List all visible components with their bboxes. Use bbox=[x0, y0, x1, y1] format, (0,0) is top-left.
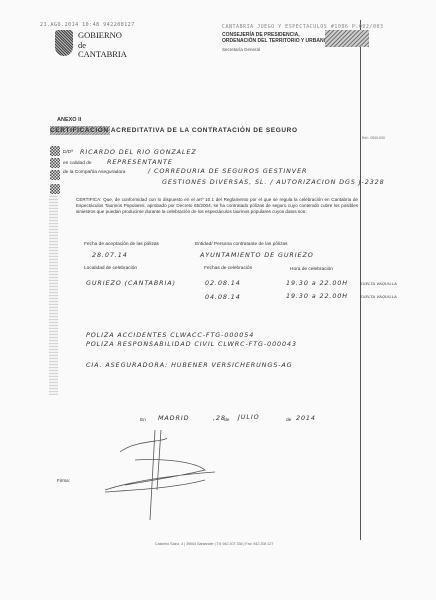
fold-line bbox=[360, 20, 361, 540]
de-label: de bbox=[224, 418, 229, 423]
de-label: de bbox=[286, 418, 291, 423]
government-name: GOBIERNO de CANTABRIA bbox=[78, 31, 127, 60]
qr-code-icon bbox=[50, 146, 60, 156]
document-title: CERTIFICACIÓN ACREDITATIVA DE LA CONTRAT… bbox=[50, 127, 298, 134]
event-hours: 19.30 a 22.00H bbox=[286, 292, 348, 300]
qr-code-icon bbox=[50, 170, 60, 180]
city-value: MADRID bbox=[158, 414, 189, 422]
company-value-line2: GESTIONES DIVERSAS, SL. / AUTORIZACION D… bbox=[162, 178, 385, 186]
policy-liability: POLIZA RESPONSABILIDAD CIVIL CLWRC-FTG-0… bbox=[86, 340, 297, 348]
department-name: CONSEJERÍA DE PRESIDENCIA, ORDENACIÓN DE… bbox=[222, 32, 336, 44]
handwritten-signature bbox=[95, 430, 225, 530]
place-en-label: En bbox=[140, 418, 146, 423]
capacity-value: REPRESENTANTE bbox=[107, 158, 173, 166]
hours-label: Hora de celebración bbox=[290, 267, 333, 272]
name-label: D/Dª bbox=[63, 150, 73, 155]
qr-code-icon bbox=[50, 184, 60, 194]
acceptance-date-label: Fecha de aceptación de las pólizas bbox=[84, 242, 159, 247]
scanned-document: 21.AGO.2014 10:48 942208127 CANTABRIA JU… bbox=[0, 0, 436, 600]
margin-barcode bbox=[49, 195, 58, 395]
registry-stamp bbox=[325, 30, 369, 47]
event-hours: 19.30 a 22.00H bbox=[286, 279, 348, 287]
signature-label: Firma: bbox=[57, 478, 70, 483]
dates-label: Fechas de celebración bbox=[204, 266, 252, 271]
qr-code-icon bbox=[50, 158, 60, 168]
subdepartment: Secretaría General bbox=[222, 47, 260, 52]
entity-value: AYUNTAMIENTO DE GURIEZO bbox=[200, 251, 314, 259]
policy-accidents: POLIZA ACCIDENTES CLWACC-FTG-000054 bbox=[86, 331, 254, 339]
insurer: CIA. ASEGURADORA: HUBENER VERSICHERUNGS-… bbox=[86, 361, 293, 369]
annex-label: ANEXO II bbox=[57, 117, 81, 123]
certification-text: CERTIFICA: Que, de conformidad con lo di… bbox=[76, 197, 358, 216]
coat-of-arms-icon bbox=[55, 30, 73, 60]
acceptance-date-value: 28.07.14 bbox=[92, 251, 128, 259]
name-value: RICARDO DEL RIO GONZALEZ bbox=[80, 148, 197, 156]
fax-header-left: 21.AGO.2014 10:48 942208127 bbox=[40, 22, 135, 28]
capacity-label: en calidad de bbox=[63, 161, 92, 166]
event-date: 04.08.14 bbox=[205, 293, 241, 301]
locality-value: GURIEZO (CANTABRIA) bbox=[86, 279, 176, 287]
entity-label: Entidad/ Persona contratante de las póli… bbox=[195, 242, 288, 247]
footer-address: Casimiro Sainz, 4 | 39004 Santander | Tf… bbox=[155, 542, 273, 546]
event-note: SUELTA VAQUILLA bbox=[360, 281, 397, 286]
event-note: SUELTA VAQUILLA bbox=[360, 294, 397, 299]
reference-code: Ref.: 0000.000 bbox=[362, 136, 385, 140]
event-date: 02.08.14 bbox=[205, 279, 241, 287]
month-value: JULIO bbox=[238, 413, 260, 421]
locality-label: Localidad de celebración bbox=[84, 266, 137, 271]
year-value: 2014 bbox=[296, 414, 316, 422]
company-value-line1: / CORREDURIA DE SEGUROS GESTINVER bbox=[148, 167, 307, 175]
company-label: de la Compañía Aseguradora bbox=[63, 170, 125, 175]
